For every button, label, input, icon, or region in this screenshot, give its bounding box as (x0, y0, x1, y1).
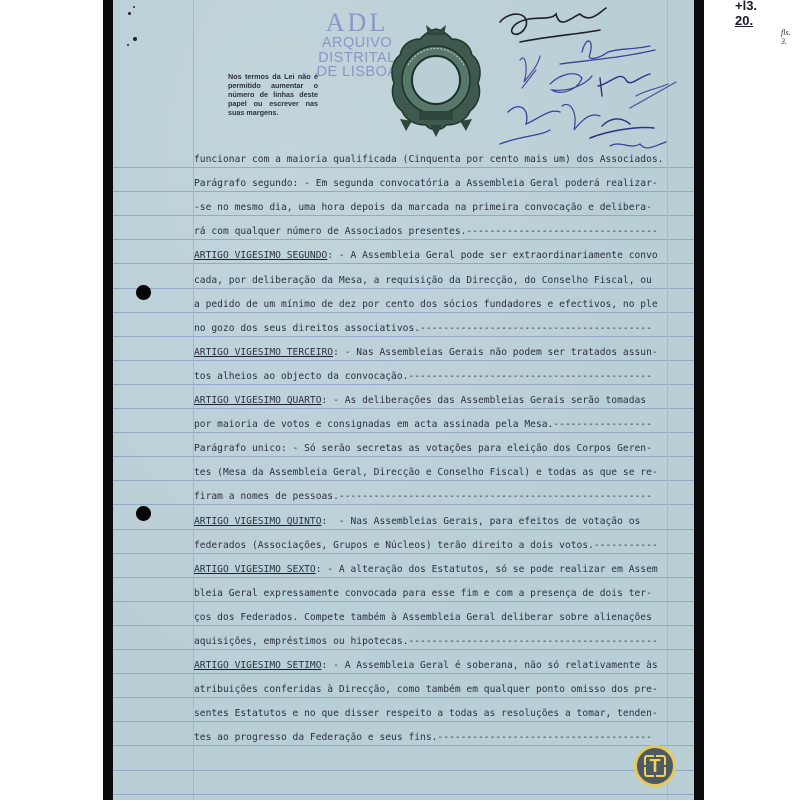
line-text: : - Nas Assembleias Gerais, para efeitos… (322, 516, 641, 527)
article-heading: ARTIGO VIGESIMO QUARTO (194, 395, 322, 406)
line-text: no gozo dos seus direitos associativos.-… (194, 323, 652, 334)
speck (133, 6, 135, 8)
signatures-icon (490, 0, 690, 160)
line-text: a pedido de um mínimo de dez por cento d… (194, 299, 658, 310)
text-line: tes (Mesa da Assembleia Geral, Direcção … (194, 467, 674, 478)
ruled-line (113, 167, 694, 168)
line-text: : - A Assembleia Geral é soberana, não s… (322, 660, 658, 671)
text-line: no gozo dos seus direitos associativos.-… (194, 323, 674, 334)
line-text: atribuições conferidas à Direcção, como … (194, 684, 658, 695)
ruled-line (113, 553, 694, 554)
folio-note: fls. 3. (781, 28, 791, 46)
ruled-line (113, 745, 694, 746)
article-heading: ARTIGO VIGESIMO TERCEIRO (194, 347, 333, 358)
text-line: Parágrafo unico: - Só serão secretas as … (194, 443, 674, 454)
law-notice: Nos termos da Lei não é permitido aument… (228, 72, 318, 117)
article-heading: ARTIGO VIGESIMO SETIMO (194, 660, 322, 671)
ruled-line (113, 770, 694, 771)
text-line: Parágrafo segundo: - Em segunda convocat… (194, 178, 674, 189)
page-number: +l3. 20. (735, 0, 757, 28)
line-text: : - As deliberações das Assembleias Gera… (322, 395, 647, 406)
text-line: tos alheios ao objecto da convocação.---… (194, 371, 674, 382)
speck (128, 12, 131, 15)
text-line: funcionar com a maioria qualificada (Cin… (194, 154, 674, 165)
article-line: ARTIGO VIGESIMO SETIMO: - A Assembleia G… (194, 660, 674, 671)
ruled-line (113, 336, 694, 337)
text-line: sentes Estatutos e no que disser respeit… (194, 708, 674, 719)
line-text: tos alheios ao objecto da convocação.---… (194, 371, 652, 382)
ruled-line (113, 504, 694, 505)
speck (133, 37, 137, 41)
article-heading: ARTIGO VIGESIMO SEXTO (194, 564, 316, 575)
ruled-line (113, 480, 694, 481)
article-heading: ARTIGO VIGESIMO QUINTO (194, 516, 322, 527)
page-number-prefix: +l3. (735, 0, 757, 13)
article-line: ARTIGO VIGESIMO SEGUNDO: - A Assembleia … (194, 250, 674, 261)
speck (127, 44, 129, 46)
line-text: por maioria de votos e consignadas em ac… (194, 419, 652, 430)
text-line: tes ao progresso da Federação e seus fin… (194, 732, 674, 743)
line-text: Parágrafo segundo: - Em segunda convocat… (194, 178, 658, 189)
text-line: por maioria de votos e consignadas em ac… (194, 419, 674, 430)
ruled-line (113, 794, 694, 795)
line-text: : - A alteração dos Estatutos, só se pod… (316, 564, 658, 575)
ruled-line (113, 360, 694, 361)
text-line: ços dos Federados. Compete também à Asse… (194, 612, 674, 623)
article-heading: ARTIGO VIGESIMO SEGUNDO (194, 250, 327, 261)
ruled-line (113, 191, 694, 192)
line-text: rá com qualquer número de Associados pre… (194, 226, 658, 237)
ruled-line (113, 312, 694, 313)
article-line: ARTIGO VIGESIMO SEXTO: - A alteração dos… (194, 564, 674, 575)
fiscal-stamp-seal-icon (386, 25, 486, 140)
text-line: bleia Geral expressamente convocada para… (194, 588, 674, 599)
ruled-line (113, 432, 694, 433)
text-line: federados (Associações, Grupos e Núcleos… (194, 540, 674, 551)
text-line: atribuições conferidas à Direcção, como … (194, 684, 674, 695)
line-text: funcionar com a maioria qualificada (Cin… (194, 154, 663, 165)
line-text: cada, por deliberação da Mesa, a requisi… (194, 275, 652, 286)
line-text: sentes Estatutos e no que disser respeit… (194, 708, 658, 719)
line-text: : - Nas Assembleias Gerais não podem ser… (333, 347, 658, 358)
line-text: ços dos Federados. Compete também à Asse… (194, 612, 652, 623)
text-t-icon: T (637, 748, 673, 784)
line-text: tes ao progresso da Federação e seus fin… (194, 732, 652, 743)
ruled-line (113, 625, 694, 626)
text-line: rá com qualquer número de Associados pre… (194, 226, 674, 237)
line-text: federados (Associações, Grupos e Núcleos… (194, 540, 658, 551)
ruled-line (113, 673, 694, 674)
document-page: ADL ARQUIVO DISTRITAL DE LISBOA Nos term… (113, 0, 694, 800)
ruled-line (113, 697, 694, 698)
ruled-line (113, 215, 694, 216)
punch-hole-bottom (136, 506, 151, 521)
ruled-line (113, 239, 694, 240)
ruled-line (113, 288, 694, 289)
ruled-line (113, 529, 694, 530)
line-text: Parágrafo unico: - Só serão secretas as … (194, 443, 652, 454)
line-text: firam a nomes de pessoas.---------------… (194, 491, 652, 502)
text-line: firam a nomes de pessoas.---------------… (194, 491, 674, 502)
ruled-line (113, 601, 694, 602)
line-text: -se no mesmo dia, uma hora depois da mar… (194, 202, 652, 213)
ruled-line (113, 456, 694, 457)
text-line: -se no mesmo dia, uma hora depois da mar… (194, 202, 674, 213)
text-line: a pedido de um mínimo de dez por cento d… (194, 299, 674, 310)
line-text: bleia Geral expressamente convocada para… (194, 588, 652, 599)
ruled-line (113, 721, 694, 722)
line-text: aquisições, empréstimos ou hipotecas.---… (194, 636, 658, 647)
article-line: ARTIGO VIGESIMO QUARTO: - As deliberaçõe… (194, 395, 674, 406)
article-line: ARTIGO VIGESIMO TERCEIRO: - Nas Assemble… (194, 347, 674, 358)
ruled-line (113, 384, 694, 385)
text-line: aquisições, empréstimos ou hipotecas.---… (194, 636, 674, 647)
line-text: tes (Mesa da Assembleia Geral, Direcção … (194, 467, 658, 478)
ruled-line (113, 408, 694, 409)
article-line: ARTIGO VIGESIMO QUINTO: - Nas Assembleia… (194, 516, 674, 527)
line-text: : - A Assembleia Geral pode ser extraord… (327, 250, 657, 261)
ocr-text-recognition-button[interactable]: T (634, 745, 676, 787)
ruled-line (113, 577, 694, 578)
ruled-line (113, 649, 694, 650)
page-number-value: 20. (735, 13, 753, 28)
ruled-line (113, 263, 694, 264)
punch-hole-top (136, 285, 151, 300)
text-line: cada, por deliberação da Mesa, a requisi… (194, 275, 674, 286)
